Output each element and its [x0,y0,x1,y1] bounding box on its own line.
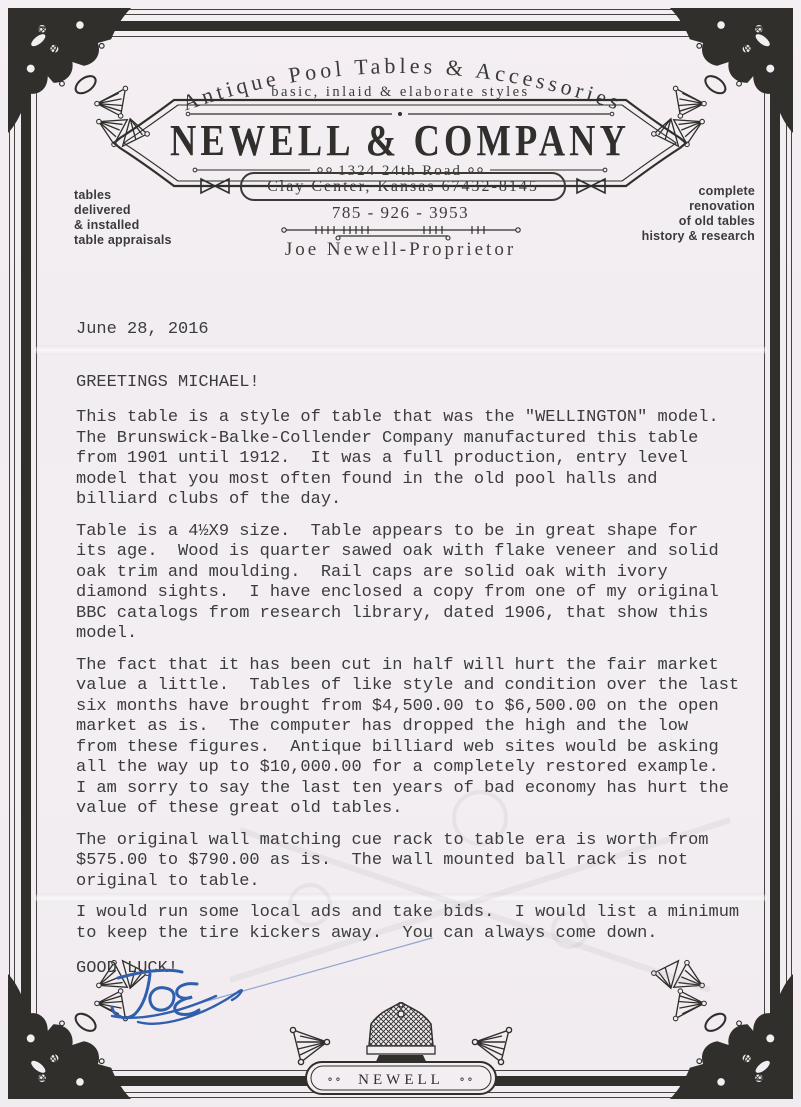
footer-flourish: ∘∘ [459,1072,475,1086]
footer-newell-badge: ∘∘ NEWELL ∘∘ [231,1002,571,1097]
services-left-block: tables delivered & installed table appra… [74,188,172,248]
letter-paragraph: The original wall matching cue rack to t… [76,831,760,893]
crown-finial-icon [369,1002,433,1046]
letter-paragraph: This table is a style of table that was … [76,408,760,511]
letter-greeting: GREETINGS MICHAEL! [76,373,760,394]
service-line: renovation [642,199,755,214]
letter-paragraph: Table is a 4½X9 size. Table appears to b… [76,522,760,645]
service-line: tables [74,188,172,203]
service-line: history & research [642,229,755,244]
service-line: of old tables [642,214,755,229]
letter-date: June 28, 2016 [76,320,760,341]
footer-label: NEWELL [358,1072,444,1088]
service-line: complete [642,184,755,199]
triangle-rack-icon [290,1027,329,1064]
scanned-letter-page: Antique Pool Tables & Accessories basic,… [0,0,801,1107]
bowtie-icon [200,177,230,195]
letter-body: June 28, 2016 GREETINGS MICHAEL! This ta… [76,320,760,980]
bowtie-icon [576,177,606,195]
letter-paragraph: The fact that it has been cut in half wi… [76,656,760,820]
footer-flourish: ∘∘ [327,1072,343,1086]
service-line: & installed [74,218,172,233]
service-line: table appraisals [74,233,172,248]
company-name: NEWELL & COMPANY [170,116,630,165]
city-line: Clay Center, Kansas 67432-8145 [267,178,539,196]
service-line: delivered [74,203,172,218]
services-right-block: complete renovation of old tables histor… [642,184,755,244]
triangle-rack-icon [472,1027,511,1064]
city-address-capsule: Clay Center, Kansas 67432-8145 [240,172,566,201]
